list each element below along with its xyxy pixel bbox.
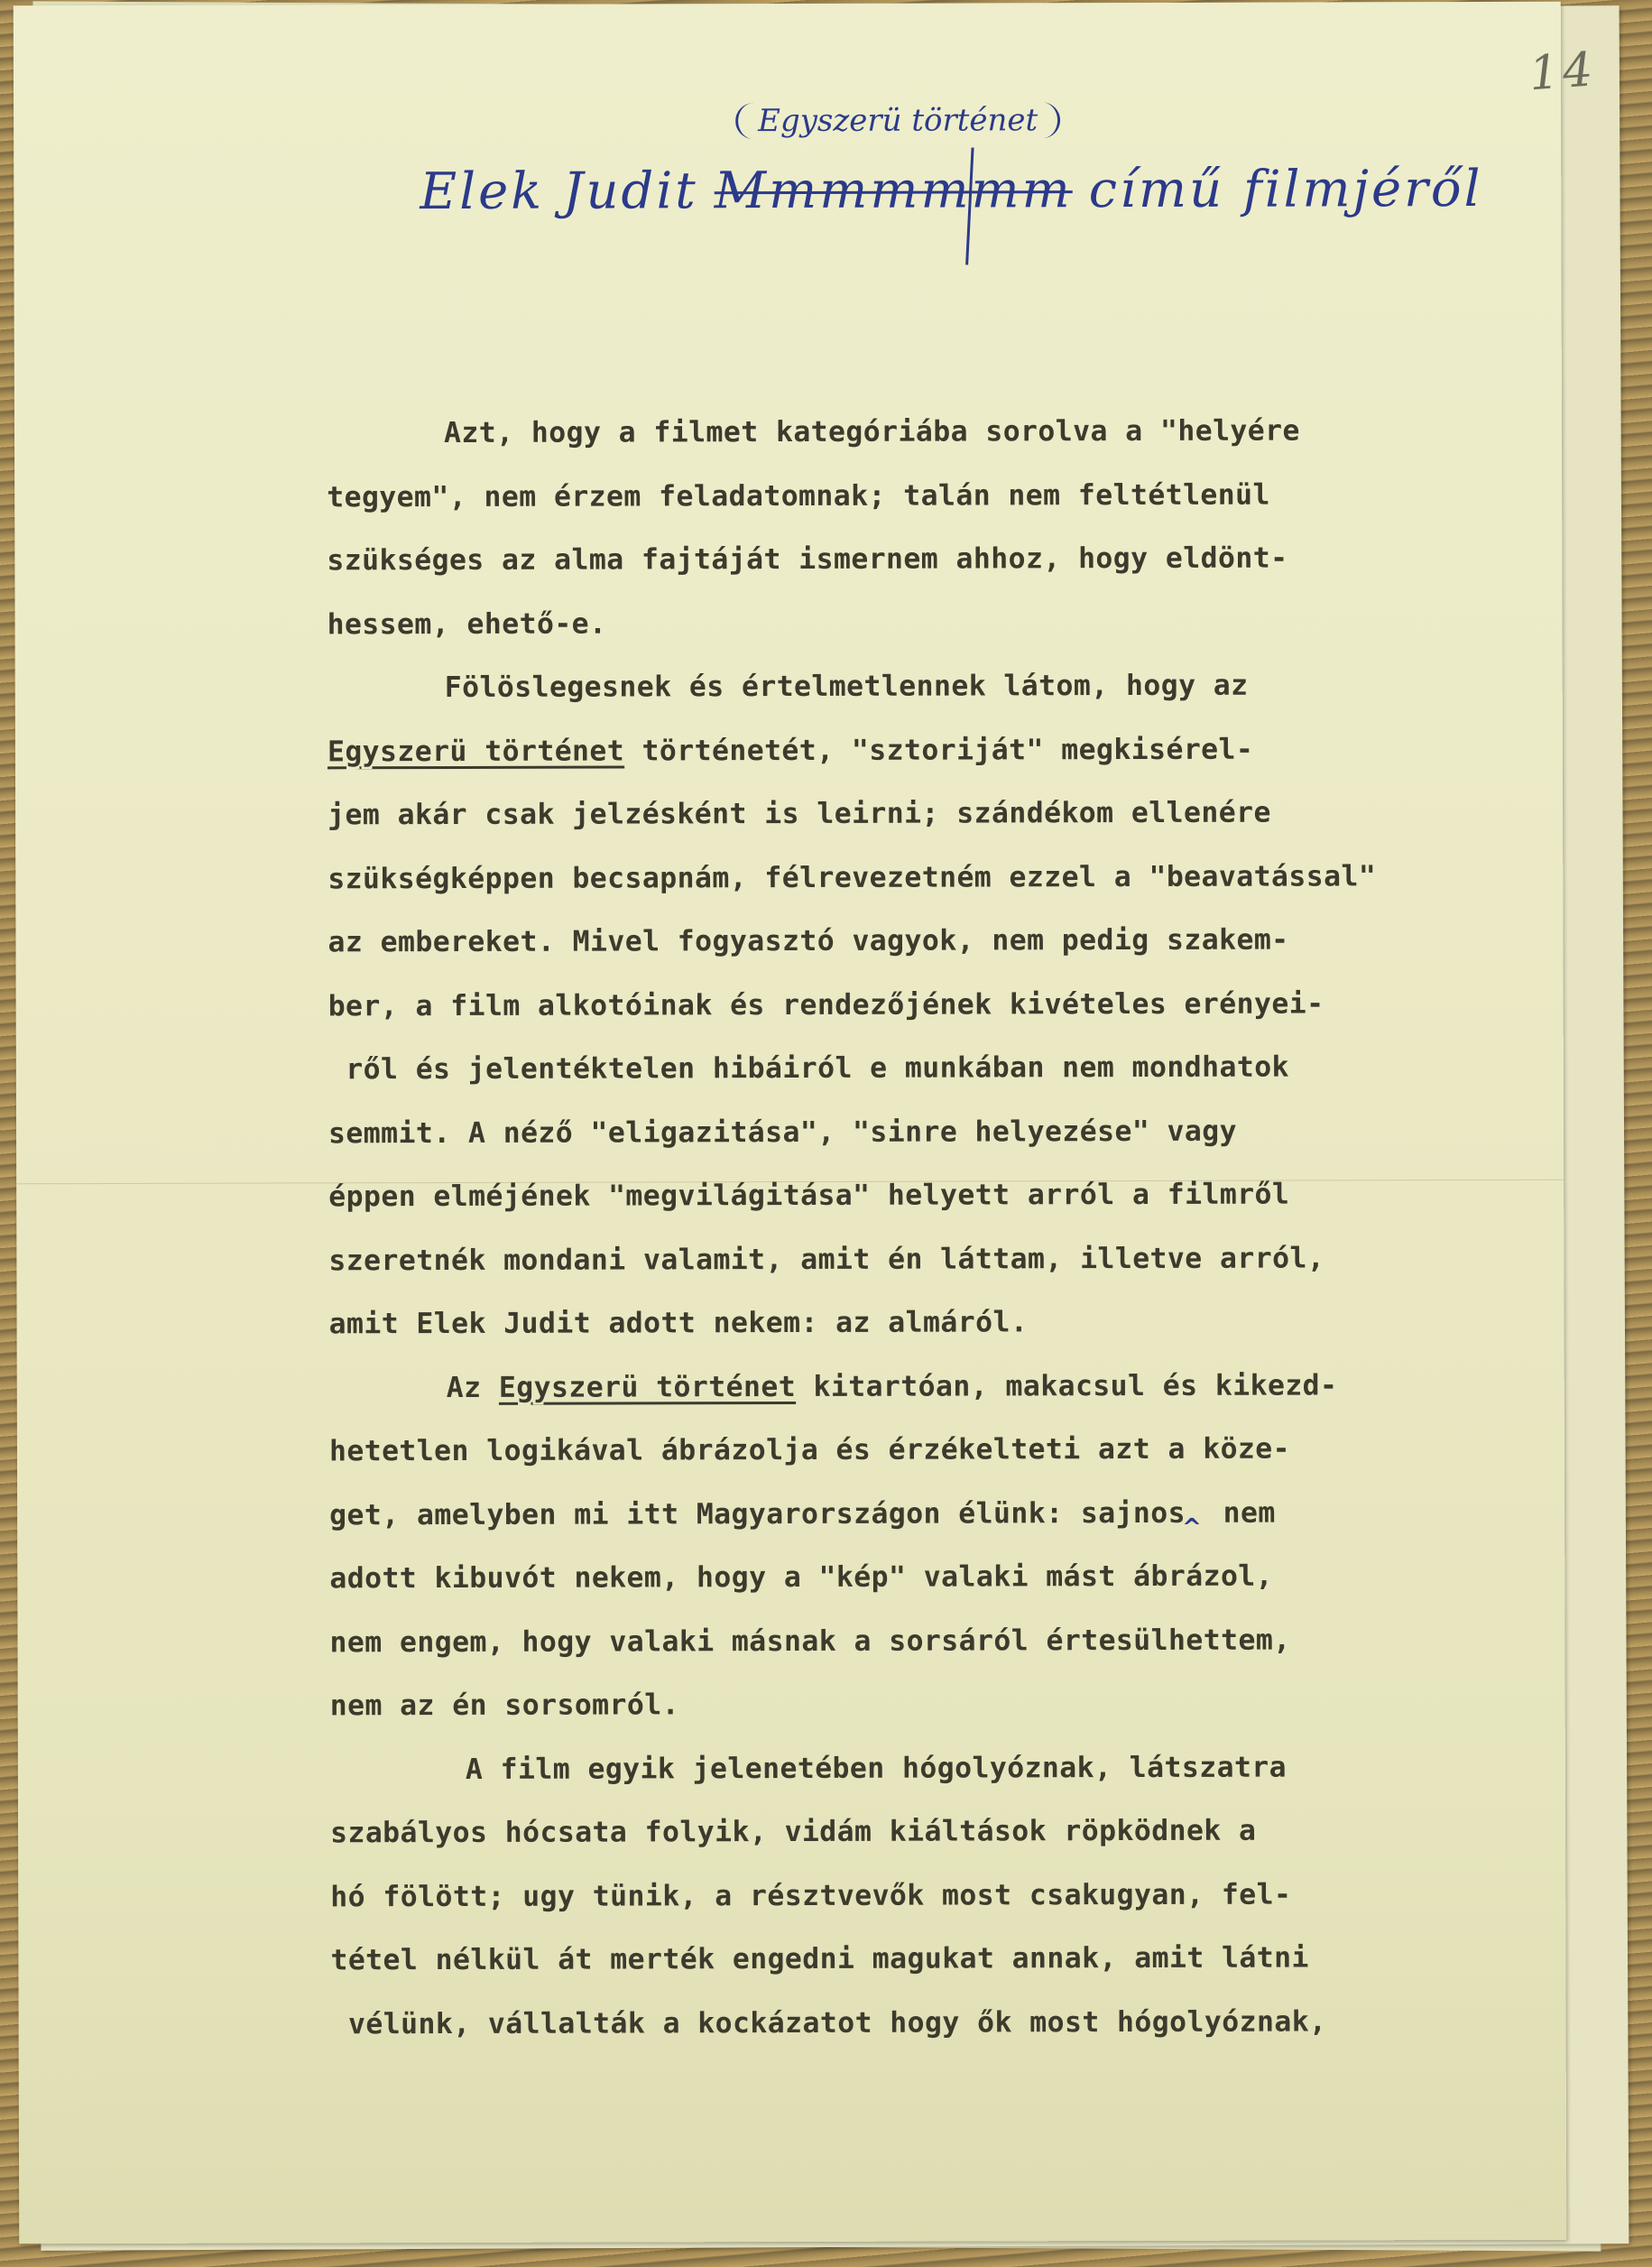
text-line: vélünk, vállalták a kockázatot hogy ők m… [331, 1989, 1540, 2056]
text-span: Az [447, 1371, 499, 1403]
text-line: éppen elméjének "megvilágitása" helyett … [328, 1162, 1537, 1229]
text-line: Egyszerü történet történetét, "sztoriját… [328, 717, 1537, 783]
handwritten-caret-mark: ^ [1182, 1495, 1202, 1559]
text-line: Az Egyszerü történet kitartóan, makacsul… [329, 1353, 1538, 1420]
text-line: szükségképpen becsapnám, félrevezetném e… [328, 844, 1537, 911]
text-line: tegyem", nem érzem feladatomnak; talán n… [327, 462, 1536, 529]
text-line: nem engem, hogy valaki másnak a sorsáról… [329, 1607, 1538, 1674]
title-suffix: című filmjéről [1089, 160, 1483, 219]
text-line: hessem, ehető-e. [327, 589, 1536, 656]
text-line: Azt, hogy a filmet kategóriába sorolva a… [327, 399, 1536, 466]
text-line: get, amelyben mi itt Magyarországon élün… [329, 1480, 1538, 1547]
text-span: kitartóan, makacsul és kikezd- [796, 1369, 1337, 1403]
text-line: tétel nélkül át merték engedni magukat a… [330, 1926, 1539, 1993]
handwritten-title: Elek JuditMmmmmmmcímű filmjéről [420, 160, 1482, 221]
text-line: semmit. A néző "eligazitása", "sinre hel… [328, 1098, 1537, 1165]
text-line: jem akár csak jelzésként is leirni; szán… [328, 781, 1537, 847]
typewritten-page: 14 Egyszerü történet Elek JuditMmmmmmmcí… [14, 2, 1566, 2244]
handwritten-insertion: Egyszerü történet [735, 102, 1060, 139]
struck-out-word: Mmmmmmm [715, 161, 1073, 220]
text-line: ről és jelentéktelen hibáiról e munkában… [328, 1035, 1537, 1102]
text-span: történetét, "sztoriját" megkisérel- [624, 733, 1253, 767]
text-span: get, amelyben mi itt Magyarországon élün… [329, 1496, 1186, 1531]
text-line: az embereket. Mivel fogyasztó vagyok, ne… [328, 908, 1537, 975]
text-line: ber, a film alkotóinak és rendezőjének k… [328, 971, 1537, 1038]
text-line: hetetlen logikával ábrázolja és érzékelt… [329, 1417, 1538, 1484]
text-line: amit Elek Judit adott nekem: az almáról. [328, 1290, 1537, 1356]
title-author: Elek Judit [420, 162, 698, 221]
text-line: Fölöslegesnek és értelmetlennek látom, h… [328, 653, 1537, 720]
text-line: szeretnék mondani valamit, amit én látta… [328, 1226, 1537, 1292]
underlined-film-title: Egyszerü történet [328, 735, 624, 768]
text-line: A film egyik jelenetében hógolyóznak, lá… [330, 1735, 1539, 1801]
typewritten-body: Azt, hogy a filmet kategóriába sorolva a… [327, 399, 1540, 2057]
page-number: 14 [1527, 42, 1598, 101]
text-line: szükséges az alma fajtáját ismernem ahho… [327, 526, 1536, 593]
text-line: szabályos hócsata folyik, vidám kiáltáso… [330, 1799, 1539, 1865]
text-line: nem az én sorsomról. [330, 1671, 1539, 1738]
text-line: hó fölött; ugy tünik, a résztvevők most … [330, 1862, 1539, 1929]
underlined-film-title: Egyszerü történet [499, 1370, 796, 1403]
text-line: adott kibuvót nekem, hogy a "kép" valaki… [329, 1544, 1538, 1611]
text-span: nem [1205, 1496, 1276, 1529]
